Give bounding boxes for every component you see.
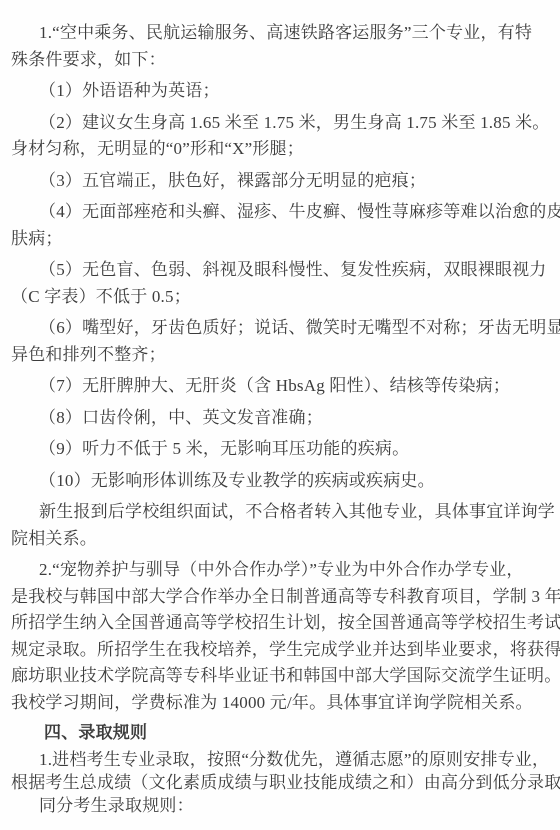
paragraph: （4）无面部痤疮和头癣、湿疹、牛皮癣、慢性荨麻疹等难以治愈的皮肤病；	[11, 199, 552, 252]
paragraph: （3）五官端正，肤色好，裸露部分无明显的疤痕；	[11, 168, 552, 195]
text-line: 同分考生录取规则：	[11, 794, 552, 817]
text-line: （9）听力不低于 5 米，无影响耳压功能的疾病。	[11, 436, 552, 463]
text-line: （6）嘴型好，牙齿色质好；说话、微笑时无嘴型不对称；牙齿无明显	[11, 315, 552, 342]
text-line: 院相关系。	[11, 526, 552, 553]
paragraph: （5）无色盲、色弱、斜视及眼科慢性、复发性疾病，双眼裸眼视力（C 字表）不低于 …	[11, 257, 552, 310]
text-line: （7）无肝脾肿大、无肝炎（含 HbsAg 阳性）、结核等传染病；	[11, 373, 552, 400]
paragraph: （10）无影响形体训练及专业教学的疾病或疾病史。	[11, 468, 552, 495]
paragraph: 2.“宠物养护与驯导（中外合作办学）”专业为中外合作办学专业，是我校与韩国中部大…	[11, 557, 552, 716]
text-line: 根据考生总成绩（文化素质成绩与职业技能成绩之和）由高分到低分录取。	[11, 771, 552, 794]
text-line: 规定录取。所招学生在我校培养，学生完成学业并达到毕业要求，将获得	[11, 637, 552, 664]
text-line: 是我校与韩国中部大学合作举办全日制普通高等专科教育项目，学制 3 年，	[11, 584, 552, 611]
document-body: 1.“空中乘务、民航运输服务、高速铁路客运服务”三个专业，有特殊条件要求，如下：…	[11, 20, 552, 817]
text-line: 肤病；	[11, 226, 552, 253]
text-line: 身材匀称，无明显的“0”形和“X”形腿；	[11, 136, 552, 163]
paragraph: 新生报到后学校组织面试，不合格者转入其他专业，具体事宜详询学院相关系。	[11, 499, 552, 552]
paragraph: （9）听力不低于 5 米，无影响耳压功能的疾病。	[11, 436, 552, 463]
text-line: （10）无影响形体训练及专业教学的疾病或疾病史。	[11, 468, 552, 495]
scanned-document-page: 1.“空中乘务、民航运输服务、高速铁路客运服务”三个专业，有特殊条件要求，如下：…	[0, 0, 560, 830]
text-line: （4）无面部痤疮和头癣、湿疹、牛皮癣、慢性荨麻疹等难以治愈的皮	[11, 199, 552, 226]
paragraph: （7）无肝脾肿大、无肝炎（含 HbsAg 阳性）、结核等传染病；	[11, 373, 552, 400]
paragraph: 同分考生录取规则：	[11, 794, 552, 817]
text-line: （C 字表）不低于 0.5；	[11, 284, 552, 311]
text-line: 所招学生纳入全国普通高等学校招生计划，按全国普通高等学校招生考试	[11, 610, 552, 637]
section-heading: 四、录取规则	[11, 721, 552, 745]
text-line: 2.“宠物养护与驯导（中外合作办学）”专业为中外合作办学专业，	[11, 557, 552, 584]
text-line: 殊条件要求，如下：	[11, 47, 552, 74]
paragraph: （8）口齿伶俐，中、英文发音准确；	[11, 405, 552, 432]
text-line: （1）外语语种为英语；	[11, 78, 552, 105]
text-line: 四、录取规则	[11, 721, 552, 745]
text-line: （8）口齿伶俐，中、英文发音准确；	[11, 405, 552, 432]
text-line: （2）建议女生身高 1.65 米至 1.75 米，男生身高 1.75 米至 1.…	[11, 110, 552, 137]
paragraph: （1）外语语种为英语；	[11, 78, 552, 105]
text-line: （5）无色盲、色弱、斜视及眼科慢性、复发性疾病，双眼裸眼视力	[11, 257, 552, 284]
text-line: 1.进档考生专业录取，按照“分数优先，遵循志愿”的原则安排专业，	[11, 748, 552, 771]
paragraph: 1.“空中乘务、民航运输服务、高速铁路客运服务”三个专业，有特殊条件要求，如下：	[11, 20, 552, 73]
text-line: 廊坊职业技术学院高等专科毕业证书和韩国中部大学国际交流学生证明。	[11, 663, 552, 690]
text-line: 我校学习期间，学费标准为 14000 元/年。具体事宜详询学院相关系。	[11, 690, 552, 717]
text-line: （3）五官端正，肤色好，裸露部分无明显的疤痕；	[11, 168, 552, 195]
text-line: 新生报到后学校组织面试，不合格者转入其他专业，具体事宜详询学	[11, 499, 552, 526]
text-line: 异色和排列不整齐；	[11, 342, 552, 369]
paragraph: （2）建议女生身高 1.65 米至 1.75 米，男生身高 1.75 米至 1.…	[11, 110, 552, 163]
paragraph: （6）嘴型好，牙齿色质好；说话、微笑时无嘴型不对称；牙齿无明显异色和排列不整齐；	[11, 315, 552, 368]
paragraph: 1.进档考生专业录取，按照“分数优先，遵循志愿”的原则安排专业，根据考生总成绩（…	[11, 748, 552, 794]
text-line: 1.“空中乘务、民航运输服务、高速铁路客运服务”三个专业，有特	[11, 20, 552, 47]
